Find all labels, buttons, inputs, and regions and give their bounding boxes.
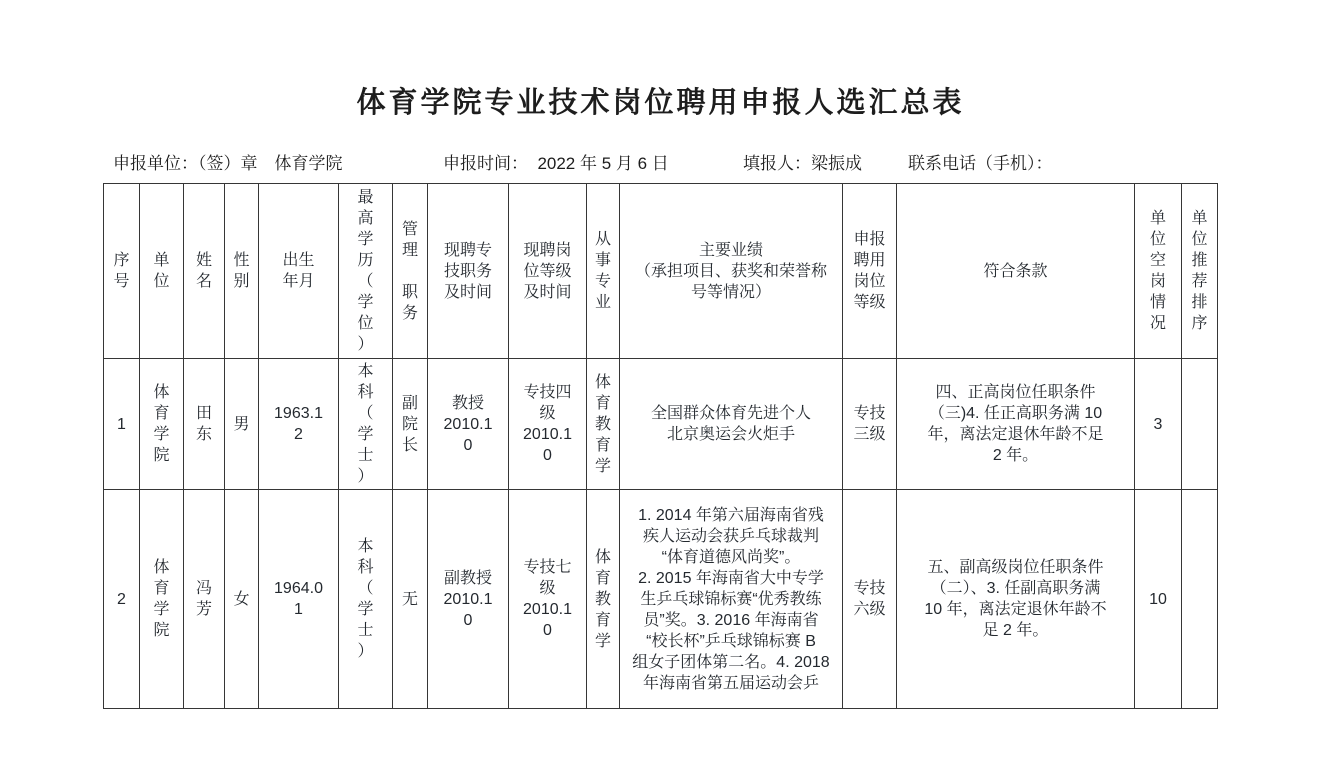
cell-gender: 女 [225, 490, 259, 709]
applicants-summary-table: 序 号 单 位 姓 名 性 别 出生 年月 最 高 学 历 （ 学 位 ） 管 … [103, 183, 1218, 709]
header-unit: 单 位 [140, 184, 184, 359]
table-header-row: 序 号 单 位 姓 名 性 别 出生 年月 最 高 学 历 （ 学 位 ） 管 … [104, 184, 1218, 359]
cell-name: 冯 芳 [184, 490, 225, 709]
header-matching-clause: 符合条款 [897, 184, 1135, 359]
cell-mgmt-position: 副 院 长 [393, 359, 428, 490]
header-profession: 从 事 专 业 [587, 184, 620, 359]
cell-profession: 体 育 教 育 学 [587, 490, 620, 709]
cell-matching-clause: 五、副高级岗位任职条件 （二）、3. 任副高职务满 10 年，离法定退休年龄不 … [897, 490, 1135, 709]
cell-applied-grade: 专技 六级 [843, 490, 897, 709]
cell-matching-clause: 四、正高岗位任职条件 （三)4. 任正高职务满 10 年，离法定退休年龄不足 2… [897, 359, 1135, 490]
header-name: 姓 名 [184, 184, 225, 359]
report-filler: 填报人：梁振成 [743, 149, 862, 174]
report-time: 申报时间： 2022 年 5 月 6 日 [443, 149, 669, 174]
cell-recommend-order [1182, 490, 1218, 709]
cell-unit: 体 育 学 院 [140, 359, 184, 490]
cell-current-title: 副教授 2010.1 0 [428, 490, 509, 709]
cell-seq: 1 [104, 359, 140, 490]
header-current-title: 现聘专 技职务 及时间 [428, 184, 509, 359]
cell-current-title: 教授 2010.1 0 [428, 359, 509, 490]
report-unit: 申报单位：（签）章 体育学院 [113, 149, 343, 174]
cell-education: 本 科 （ 学 士 ） [339, 490, 393, 709]
header-recommend-order: 单 位 推 荐 排 序 [1182, 184, 1218, 359]
cell-birth-date: 1963.1 2 [259, 359, 339, 490]
header-vacancy: 单 位 空 岗 情 况 [1135, 184, 1182, 359]
cell-applied-grade: 专技 三级 [843, 359, 897, 490]
header-education: 最 高 学 历 （ 学 位 ） [339, 184, 393, 359]
cell-current-grade: 专技四 级 2010.1 0 [509, 359, 587, 490]
report-meta-line: 申报单位：（签）章 体育学院 申报时间： 2022 年 5 月 6 日 填报人：… [0, 149, 1321, 171]
table-row: 1 体 育 学 院 田 东 男 1963.1 2 本 科 （ 学 士 ） 副 院… [104, 359, 1218, 490]
header-applied-grade: 申报 聘用 岗位 等级 [843, 184, 897, 359]
report-phone-label: 联系电话（手机）： [908, 149, 1053, 174]
header-achievements: 主要业绩 （承担项目、获奖和荣誉称 号等情况） [620, 184, 843, 359]
table-row: 2 体 育 学 院 冯 芳 女 1964.0 1 本 科 （ 学 士 ） 无 副… [104, 490, 1218, 709]
cell-birth-date: 1964.0 1 [259, 490, 339, 709]
page-title: 体育学院专业技术岗位聘用申报人选汇总表 [0, 80, 1321, 121]
cell-vacancy: 10 [1135, 490, 1182, 709]
header-seq: 序 号 [104, 184, 140, 359]
cell-achievements: 全国群众体育先进个人 北京奥运会火炬手 [620, 359, 843, 490]
cell-vacancy: 3 [1135, 359, 1182, 490]
cell-achievements: 1. 2014 年第六届海南省残 疾人运动会获乒乓球裁判 “体育道德风尚奖”。 … [620, 490, 843, 709]
cell-current-grade: 专技七 级 2010.1 0 [509, 490, 587, 709]
cell-name: 田 东 [184, 359, 225, 490]
header-gender: 性 别 [225, 184, 259, 359]
cell-recommend-order [1182, 359, 1218, 490]
cell-mgmt-position: 无 [393, 490, 428, 709]
header-mgmt-position: 管 理 职 务 [393, 184, 428, 359]
cell-profession: 体 育 教 育 学 [587, 359, 620, 490]
header-birth-date: 出生 年月 [259, 184, 339, 359]
cell-seq: 2 [104, 490, 140, 709]
cell-unit: 体 育 学 院 [140, 490, 184, 709]
cell-education: 本 科 （ 学 士 ） [339, 359, 393, 490]
header-current-grade: 现聘岗 位等级 及时间 [509, 184, 587, 359]
cell-gender: 男 [225, 359, 259, 490]
